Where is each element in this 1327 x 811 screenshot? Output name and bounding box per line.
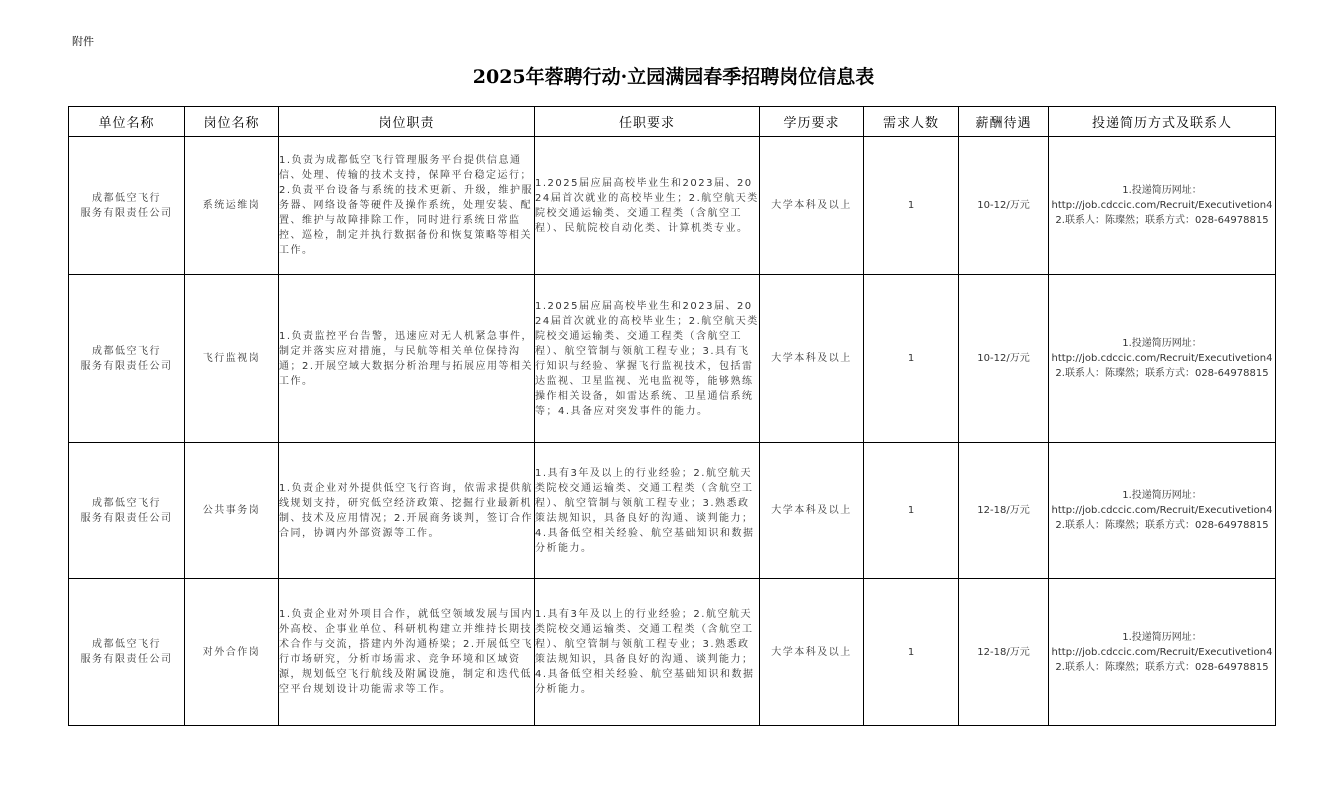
contact-person-info: 2.联系人：陈璨然；联系方式：028-64978815: [1049, 366, 1275, 381]
application-contact-cell: 1.投递简历网址： http://job.cdccic.com/Recruit/…: [1049, 275, 1276, 443]
contact-person-info: 2.联系人：陈璨然；联系方式：028-64978815: [1049, 660, 1275, 675]
header-education: 学历要求: [760, 107, 864, 137]
table-row: 成都低空飞行 服务有限责任公司 对外合作岗 1.负责企业对外项目合作，就低空领域…: [69, 579, 1276, 726]
application-url-link[interactable]: http://job.cdccic.com/Recruit/Executivet…: [1049, 645, 1275, 660]
unit-name-cell: 成都低空飞行 服务有限责任公司: [69, 275, 185, 443]
page-title: 2025年蓉聘行动·立园满园春季招聘岗位信息表: [0, 62, 1327, 89]
header-salary: 薪酬待遇: [959, 107, 1049, 137]
unit-name-line1: 成都低空飞行: [69, 637, 184, 652]
requirements-cell: 1.具有3年及以上的行业经验；2.航空航天类院校交通运输类、交通工程类（含航空工…: [535, 579, 760, 726]
unit-name-line2: 服务有限责任公司: [69, 511, 184, 526]
table-row: 成都低空飞行 服务有限责任公司 飞行监视岗 1.负责监控平台告警，迅速应对无人机…: [69, 275, 1276, 443]
position-name-cell: 系统运维岗: [185, 137, 279, 275]
application-url-link[interactable]: http://job.cdccic.com/Recruit/Executivet…: [1049, 503, 1275, 518]
education-cell: 大学本科及以上: [760, 137, 864, 275]
table-row: 成都低空飞行 服务有限责任公司 公共事务岗 1.负责企业对外提供低空飞行咨询，依…: [69, 443, 1276, 579]
duties-cell: 1.负责监控平台告警，迅速应对无人机紧急事件，制定并落实应对措施，与民航等相关单…: [279, 275, 535, 443]
unit-name-cell: 成都低空飞行 服务有限责任公司: [69, 579, 185, 726]
header-headcount: 需求人数: [864, 107, 959, 137]
salary-cell: 10-12/万元: [959, 137, 1049, 275]
unit-name-line1: 成都低空飞行: [69, 496, 184, 511]
unit-name-line2: 服务有限责任公司: [69, 359, 184, 374]
position-name-cell: 公共事务岗: [185, 443, 279, 579]
position-name-cell: 对外合作岗: [185, 579, 279, 726]
contact-person-info: 2.联系人：陈璨然；联系方式：028-64978815: [1049, 213, 1275, 228]
application-url-label: 1.投递简历网址：: [1049, 488, 1275, 503]
unit-name-line1: 成都低空飞行: [69, 344, 184, 359]
application-url-link[interactable]: http://job.cdccic.com/Recruit/Executivet…: [1049, 198, 1275, 213]
table-row: 成都低空飞行 服务有限责任公司 系统运维岗 1.负责为成都低空飞行管理服务平台提…: [69, 137, 1276, 275]
header-application-contact: 投递简历方式及联系人: [1049, 107, 1276, 137]
header-duties: 岗位职责: [279, 107, 535, 137]
duties-cell: 1.负责企业对外提供低空飞行咨询，依需求提供航线规划支持，研究低空经济政策、挖掘…: [279, 443, 535, 579]
headcount-cell: 1: [864, 275, 959, 443]
header-position-name: 岗位名称: [185, 107, 279, 137]
unit-name-line2: 服务有限责任公司: [69, 652, 184, 667]
salary-cell: 12-18/万元: [959, 579, 1049, 726]
requirements-cell: 1.具有3年及以上的行业经验；2.航空航天类院校交通运输类、交通工程类（含航空工…: [535, 443, 760, 579]
header-requirements: 任职要求: [535, 107, 760, 137]
application-url-link[interactable]: http://job.cdccic.com/Recruit/Executivet…: [1049, 351, 1275, 366]
education-cell: 大学本科及以上: [760, 443, 864, 579]
education-cell: 大学本科及以上: [760, 579, 864, 726]
table-header-row: 单位名称 岗位名称 岗位职责 任职要求 学历要求 需求人数 薪酬待遇 投递简历方…: [69, 107, 1276, 137]
headcount-cell: 1: [864, 137, 959, 275]
application-contact-cell: 1.投递简历网址： http://job.cdccic.com/Recruit/…: [1049, 443, 1276, 579]
header-unit-name: 单位名称: [69, 107, 185, 137]
duties-cell: 1.负责为成都低空飞行管理服务平台提供信息通信、处理、传输的技术支持，保障平台稳…: [279, 137, 535, 275]
application-contact-cell: 1.投递简历网址： http://job.cdccic.com/Recruit/…: [1049, 137, 1276, 275]
attachment-label: 附件: [72, 33, 94, 49]
education-cell: 大学本科及以上: [760, 275, 864, 443]
headcount-cell: 1: [864, 443, 959, 579]
contact-person-info: 2.联系人：陈璨然；联系方式：028-64978815: [1049, 518, 1275, 533]
requirements-cell: 1.2025届应届高校毕业生和2023届、2024届首次就业的高校毕业生；2.航…: [535, 275, 760, 443]
requirements-cell: 1.2025届应届高校毕业生和2023届、2024届首次就业的高校毕业生；2.航…: [535, 137, 760, 275]
position-name-cell: 飞行监视岗: [185, 275, 279, 443]
unit-name-line2: 服务有限责任公司: [69, 206, 184, 221]
salary-cell: 10-12/万元: [959, 275, 1049, 443]
application-contact-cell: 1.投递简历网址： http://job.cdccic.com/Recruit/…: [1049, 579, 1276, 726]
headcount-cell: 1: [864, 579, 959, 726]
duties-cell: 1.负责企业对外项目合作，就低空领域发展与国内外高校、企事业单位、科研机构建立并…: [279, 579, 535, 726]
application-url-label: 1.投递简历网址：: [1049, 630, 1275, 645]
job-positions-table: 单位名称 岗位名称 岗位职责 任职要求 学历要求 需求人数 薪酬待遇 投递简历方…: [68, 106, 1276, 726]
application-url-label: 1.投递简历网址：: [1049, 336, 1275, 351]
unit-name-cell: 成都低空飞行 服务有限责任公司: [69, 443, 185, 579]
unit-name-cell: 成都低空飞行 服务有限责任公司: [69, 137, 185, 275]
salary-cell: 12-18/万元: [959, 443, 1049, 579]
application-url-label: 1.投递简历网址：: [1049, 183, 1275, 198]
unit-name-line1: 成都低空飞行: [69, 191, 184, 206]
